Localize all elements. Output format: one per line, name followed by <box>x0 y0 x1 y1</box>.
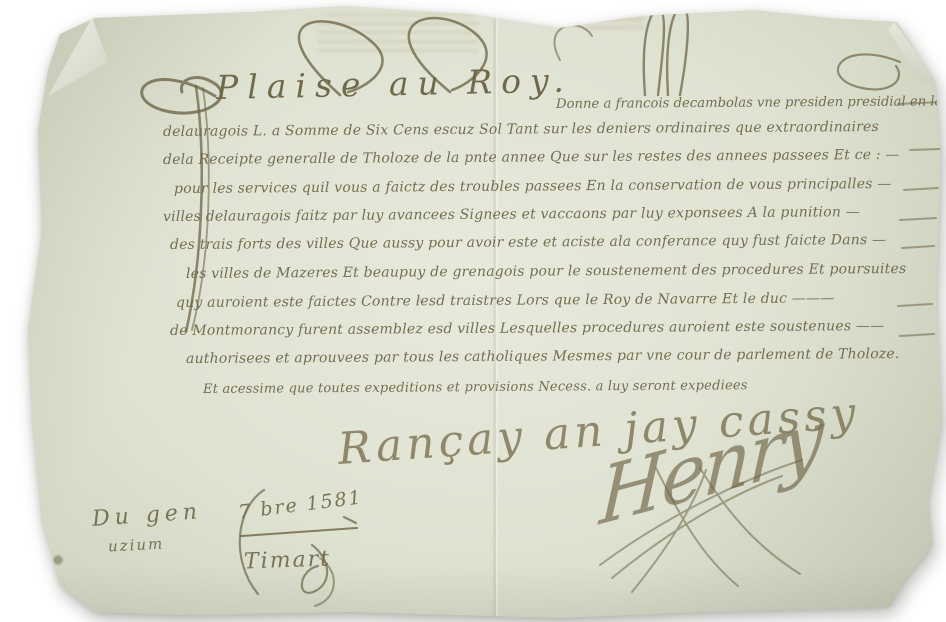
torn-corner-top-left <box>48 14 112 102</box>
manuscript-line: de Montmorancy furent assemblez esd vill… <box>170 318 884 339</box>
ink-showthrough-patch <box>585 8 643 34</box>
manuscript-line: des trais forts des villes Que aussy pou… <box>170 232 886 253</box>
opening-words: Plaise au Roy. <box>216 61 574 107</box>
manuscript-line: delauragois L. a Somme de Six Cens escuz… <box>163 119 879 140</box>
initial-letter-flourish <box>142 77 222 113</box>
folded-corner-top-right <box>888 18 940 86</box>
manuscript-line: dela Receipte generalle de Tholoze de la… <box>163 147 900 168</box>
margin-filler-dashes <box>898 102 942 336</box>
manuscript-line: les villes de Mazeres Et beaupuy de gren… <box>186 261 906 282</box>
manuscript-line: quy auroient este faictes Contre lesd tr… <box>176 290 835 311</box>
ink-showthrough-patch <box>318 14 478 58</box>
s-curl-flourish <box>838 54 900 89</box>
manuscript-photo: Plaise au Roy. Donne a francois decambol… <box>0 0 946 622</box>
manuscript-line: pour les services quil vous a faictz des… <box>174 176 892 197</box>
paper-sheet: Plaise au Roy. Donne a francois decambol… <box>0 0 946 622</box>
underline-arrow-tip <box>344 517 356 523</box>
paper-shadow-wrap: Plaise au Roy. Donne a francois decambol… <box>0 0 946 622</box>
manuscript-line: Et acessime que toutes expeditions et pr… <box>203 378 748 397</box>
year-underline-stroke <box>240 527 358 537</box>
manuscript-line: villes delauragois faitz par luy avancee… <box>163 204 860 225</box>
ascender-hook-flourish <box>667 7 688 95</box>
date-year: 7 bre 1581 <box>237 486 364 523</box>
ascender-hook-flourish <box>644 10 664 95</box>
secretary-countersignature: Timart <box>244 546 332 574</box>
date-annotation: Du gen <box>91 499 203 532</box>
manuscript-line: Donne a francois decambolas vne presiden… <box>556 94 946 112</box>
manuscript-line: authorisees et aprouvees par tous les ca… <box>186 346 900 367</box>
date-annotation: uzium <box>108 535 165 556</box>
